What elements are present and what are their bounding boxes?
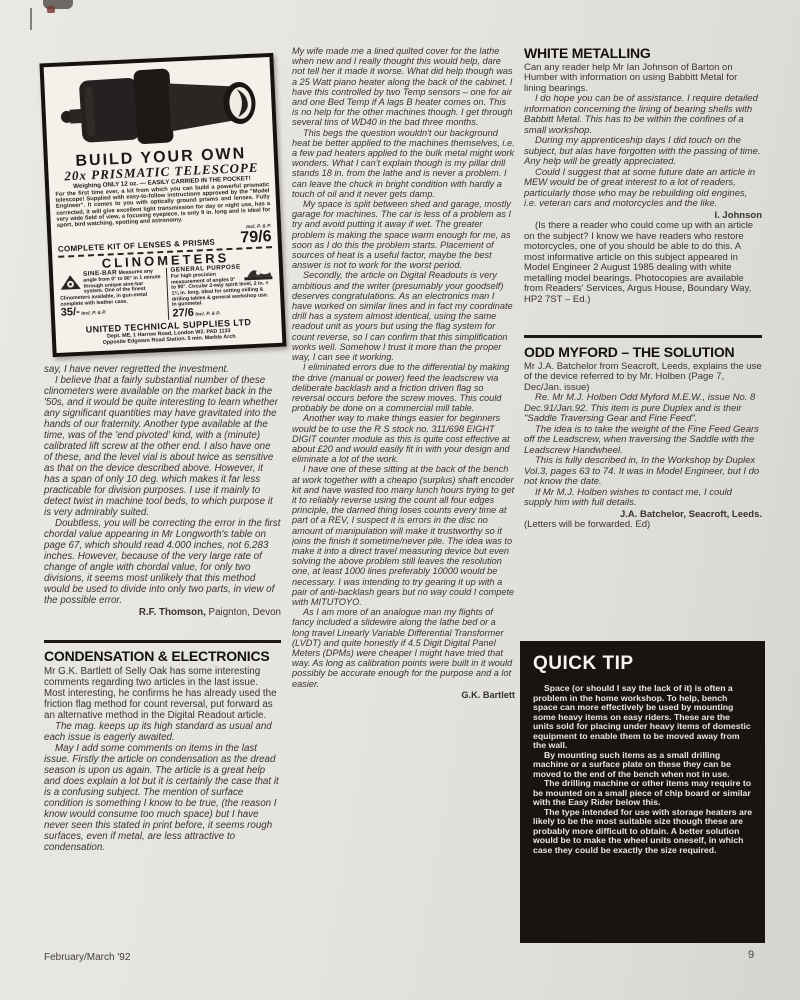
column-left: say, I have never regretted the investme… xyxy=(44,364,281,853)
ad-kit-price-block: Incl. P. & P. 79/6 xyxy=(240,220,272,245)
sine-bar-clinometer-icon xyxy=(59,273,82,292)
paragraph: My space is split between shed and garag… xyxy=(292,199,515,270)
section-odd-myford-body: Mr J.A. Batchelor from Seacroft, Leeds, … xyxy=(524,362,762,531)
column-right: WHITE METALLING Can any reader help Mr I… xyxy=(524,48,762,531)
general-purpose-clinometer-icon xyxy=(243,264,274,281)
paragraph: This is fully described in, In the Works… xyxy=(524,456,762,488)
ad-kit-price: 79/6 xyxy=(240,228,272,246)
paragraph: Another way to make things easier for be… xyxy=(292,413,515,464)
paragraph: The drilling machine or other items may … xyxy=(533,779,753,808)
footer-issue-date: February/March '92 xyxy=(44,952,130,963)
quick-tip-body: Space (or should I say the lack of it) i… xyxy=(533,684,753,855)
paragraph: By mounting such items as a small drilli… xyxy=(533,751,753,780)
section-white-metalling-body: Can any reader help Mr Ian Johnson of Ba… xyxy=(524,63,762,306)
paragraph: say, I have never regretted the investme… xyxy=(44,364,281,375)
section-heading-odd-myford: ODD MYFORD – THE SOLUTION xyxy=(524,347,762,358)
paragraph: Space (or should I say the lack of it) i… xyxy=(533,684,753,751)
paragraph: If Mr M.J. Holben wishes to contact me, … xyxy=(524,488,762,509)
ad-general-purpose-incl: Incl. P. & P. xyxy=(195,312,220,318)
paragraph: The mag. keeps up its high standard as u… xyxy=(44,721,281,743)
paragraph: As I am more of an analogue man my fligh… xyxy=(292,607,515,689)
paragraph: Could I suggest that at some future date… xyxy=(524,168,762,210)
signature: G.K. Bartlett xyxy=(292,689,515,700)
paragraph: Mr G.K. Bartlett of Selly Oak has some i… xyxy=(44,666,281,721)
paragraph: Doubtless, you will be correcting the er… xyxy=(44,518,281,606)
letter-bartlett-body: My wife made me a lined quilted cover fo… xyxy=(292,46,515,700)
scan-mark xyxy=(47,6,55,13)
signature: R.F. Thomson, Paignton, Devon xyxy=(44,606,281,618)
paragraph: The type intended for use with storage h… xyxy=(533,808,753,856)
letter-clinometers-continued: say, I have never regretted the investme… xyxy=(44,364,281,618)
scan-edge-line xyxy=(30,8,32,30)
magazine-page: BUILD YOUR OWN 20x PRISMATIC TELESCOPE W… xyxy=(0,0,800,1000)
paragraph: Can any reader help Mr Ian Johnson of Ba… xyxy=(524,63,762,95)
advertisement-telescope: BUILD YOUR OWN 20x PRISMATIC TELESCOPE W… xyxy=(39,53,286,357)
ad-clinometer-columns: SINE-BAR Measures any angle from 0° to 9… xyxy=(59,263,275,324)
section-heading-condensation: CONDENSATION & ELECTRONICS xyxy=(44,651,281,662)
paragraph: (Letters will be forwarded. Ed) xyxy=(524,520,762,531)
paragraph: The idea is to take the weight of the Fi… xyxy=(524,425,762,457)
ad-sine-bar-incl: Incl. P. & P. xyxy=(81,311,106,317)
paragraph: I believe that a fairly substantial numb… xyxy=(44,375,281,518)
paragraph: (Is there a reader who could come up wit… xyxy=(524,221,762,305)
ad-sine-bar-price: 35/- xyxy=(61,306,80,319)
paragraph: Mr J.A. Batchelor from Seacroft, Leeds, … xyxy=(524,362,762,394)
paragraph: Secondly, the article on Digital Readout… xyxy=(292,270,515,362)
quick-tip-heading: QUICK TIP xyxy=(533,653,753,675)
paragraph: This begs the question wouldn't our back… xyxy=(292,128,515,199)
paragraph: My wife made me a lined quilted cover fo… xyxy=(292,46,515,128)
section-heading-white-metalling: WHITE METALLING xyxy=(524,48,762,59)
telescope-illustration xyxy=(54,59,264,154)
paragraph: During my apprenticeship days I did touc… xyxy=(524,136,762,168)
paragraph: I do hope you can be of assistance. I re… xyxy=(524,94,762,136)
ad-general-purpose-column: GENERAL PURPOSE For high precision measu… xyxy=(165,263,275,319)
quick-tip-panel: QUICK TIP Space (or should I say the lac… xyxy=(520,641,765,943)
section-divider xyxy=(524,335,762,338)
paragraph: I have one of these sitting at the back … xyxy=(292,464,515,607)
paragraph: Re. Mr M.J. Holben Odd Myford M.E.W., is… xyxy=(524,393,762,425)
ad-sine-bar-column: SINE-BAR Measures any angle from 0° to 9… xyxy=(59,268,164,324)
column-middle: My wife made me a lined quilted cover fo… xyxy=(292,46,515,948)
footer-page-number: 9 xyxy=(748,949,754,961)
ad-general-purpose-price: 27/6 xyxy=(172,307,194,320)
section-condensation-body: Mr G.K. Bartlett of Selly Oak has some i… xyxy=(44,666,281,853)
section-divider xyxy=(44,640,281,643)
paragraph: May I add some comments on items in the … xyxy=(44,743,281,853)
paragraph: I eliminated errors due to the different… xyxy=(292,362,515,413)
